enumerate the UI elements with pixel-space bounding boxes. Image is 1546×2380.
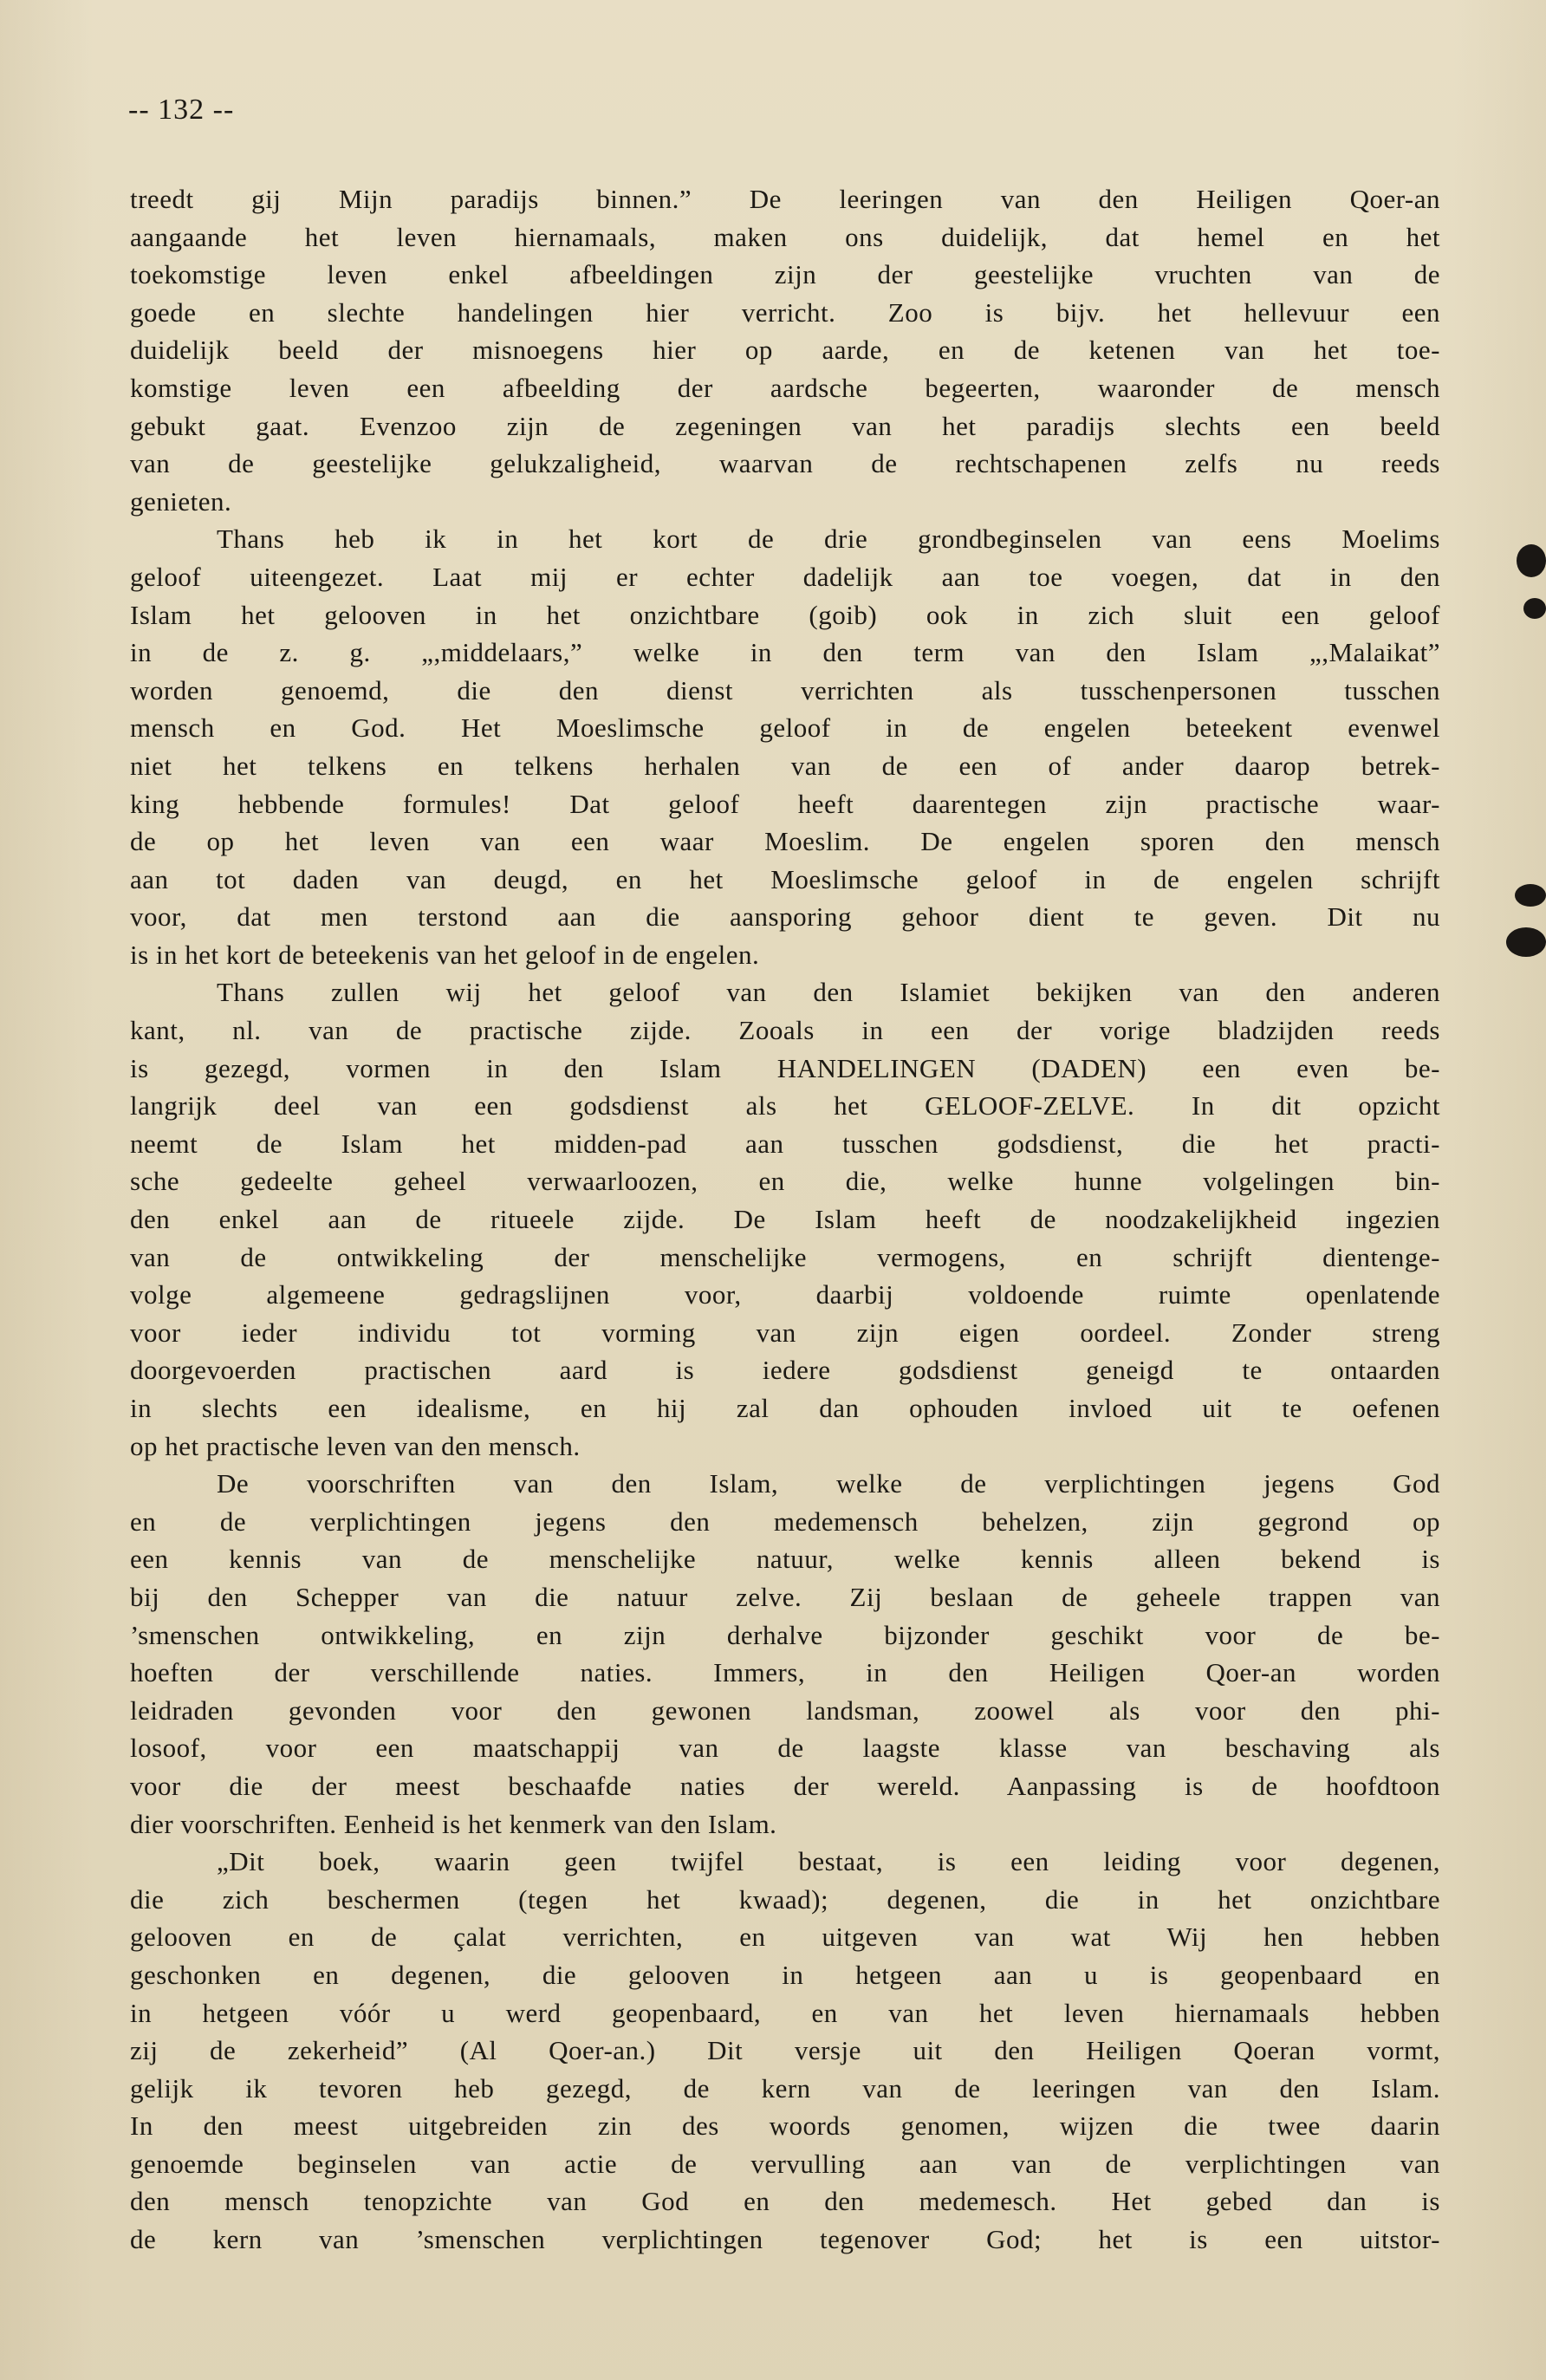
text-line: een kennis van de menschelijke natuur, w… bbox=[130, 1540, 1440, 1578]
text-line: losoof, voor een maatschappij van de laa… bbox=[130, 1729, 1440, 1767]
text-line: genoemde beginselen van actie de vervull… bbox=[130, 2145, 1440, 2183]
body-text: treedt gij Mijn paradijs binnen.” De lee… bbox=[130, 180, 1440, 2259]
text-line: gelooven en de çalat verrichten, en uitg… bbox=[130, 1918, 1440, 1956]
text-line: worden genoemd, die den dienst verrichte… bbox=[130, 672, 1440, 710]
text-line: voor die der meest beschaafde naties der… bbox=[130, 1767, 1440, 1805]
text-line: en de verplichtingen jegens den medemens… bbox=[130, 1503, 1440, 1541]
text-line: in slechts een idealisme, en hij zal dan… bbox=[130, 1389, 1440, 1427]
text-line: geloof uiteengezet. Laat mij er echter d… bbox=[130, 558, 1440, 596]
text-line: aan tot daden van deugd, en het Moeslims… bbox=[130, 861, 1440, 899]
text-line: De voorschriften van den Islam, welke de… bbox=[130, 1465, 1440, 1503]
text-line: Islam het gelooven in het onzichtbare (g… bbox=[130, 596, 1440, 634]
text-line: de op het leven van een waar Moeslim. De… bbox=[130, 823, 1440, 861]
text-line: van de geestelijke gelukzaligheid, waarv… bbox=[130, 445, 1440, 483]
binding-hole-2 bbox=[1523, 598, 1546, 619]
text-line: treedt gij Mijn paradijs binnen.” De lee… bbox=[130, 180, 1440, 218]
text-line: volge algemeene gedragslijnen voor, daar… bbox=[130, 1276, 1440, 1314]
text-line: de kern van ’smenschen verplichtingen te… bbox=[130, 2221, 1440, 2259]
text-line: kant, nl. van de practische zijde. Zooal… bbox=[130, 1011, 1440, 1050]
text-line: langrijk deel van een godsdienst als het… bbox=[130, 1087, 1440, 1125]
text-line: gelijk ik tevoren heb gezegd, de kern va… bbox=[130, 2070, 1440, 2108]
text-line: in de z. g. „,middelaars,” welke in den … bbox=[130, 634, 1440, 672]
text-line: in hetgeen vóór u werd geopenbaard, en v… bbox=[130, 1994, 1440, 2032]
text-line: Thans heb ik in het kort de drie grondbe… bbox=[130, 520, 1440, 558]
text-line: komstige leven een afbeelding der aardsc… bbox=[130, 369, 1440, 407]
text-line: op het practische leven van den mensch. bbox=[130, 1427, 1440, 1466]
text-line: die zich beschermen (tegen het kwaad); d… bbox=[130, 1881, 1440, 1919]
text-line: den mensch tenopzichte van God en den me… bbox=[130, 2182, 1440, 2221]
text-line: gebukt gaat. Evenzoo zijn de zegeningen … bbox=[130, 407, 1440, 445]
text-line: In den meest uitgebreiden zin des woords… bbox=[130, 2107, 1440, 2145]
text-line: duidelijk beeld der misnoegens hier op a… bbox=[130, 331, 1440, 369]
text-line: is gezegd, vormen in den Islam HANDELING… bbox=[130, 1050, 1440, 1088]
text-line: doorgevoerden practischen aard is iedere… bbox=[130, 1351, 1440, 1389]
text-line: is in het kort de beteekenis van het gel… bbox=[130, 936, 1440, 974]
text-line: mensch en God. Het Moeslimsche geloof in… bbox=[130, 709, 1440, 747]
text-line: voor, dat men terstond aan die aansporin… bbox=[130, 898, 1440, 936]
text-line: genieten. bbox=[130, 483, 1440, 521]
text-line: king hebbende formules! Dat geloof heeft… bbox=[130, 785, 1440, 823]
text-line: ’smenschen ontwikkeling, en zijn derhalv… bbox=[130, 1616, 1440, 1655]
text-line: leidraden gevonden voor den gewonen land… bbox=[130, 1692, 1440, 1730]
text-line: voor ieder individu tot vorming van zijn… bbox=[130, 1314, 1440, 1352]
text-line: „Dit boek, waarin geen twijfel bestaat, … bbox=[130, 1843, 1440, 1881]
text-line: geschonken en degenen, die gelooven in h… bbox=[130, 1956, 1440, 1994]
text-line: niet het telkens en telkens herhalen van… bbox=[130, 747, 1440, 785]
page-number: -- 132 -- bbox=[128, 94, 234, 127]
text-line: toekomstige leven enkel afbeeldingen zij… bbox=[130, 256, 1440, 294]
binding-hole-1 bbox=[1517, 544, 1546, 577]
text-line: Thans zullen wij het geloof van den Isla… bbox=[130, 973, 1440, 1011]
text-line: hoeften der verschillende naties. Immers… bbox=[130, 1654, 1440, 1692]
text-line: bij den Schepper van die natuur zelve. Z… bbox=[130, 1578, 1440, 1616]
text-line: sche gedeelte geheel verwaarloozen, en d… bbox=[130, 1162, 1440, 1200]
text-line: goede en slechte handelingen hier verric… bbox=[130, 294, 1440, 332]
text-line: aangaande het leven hiernamaals, maken o… bbox=[130, 218, 1440, 257]
text-line: neemt de Islam het midden-pad aan tussch… bbox=[130, 1125, 1440, 1163]
text-line: zij de zekerheid” (Al Qoer-an.) Dit vers… bbox=[130, 2032, 1440, 2070]
text-line: dier voorschriften. Eenheid is het kenme… bbox=[130, 1805, 1440, 1844]
binding-hole-3 bbox=[1515, 884, 1546, 907]
binding-hole-4 bbox=[1506, 927, 1546, 957]
text-line: van de ontwikkeling der menschelijke ver… bbox=[130, 1239, 1440, 1277]
text-line: den enkel aan de ritueele zijde. De Isla… bbox=[130, 1200, 1440, 1239]
